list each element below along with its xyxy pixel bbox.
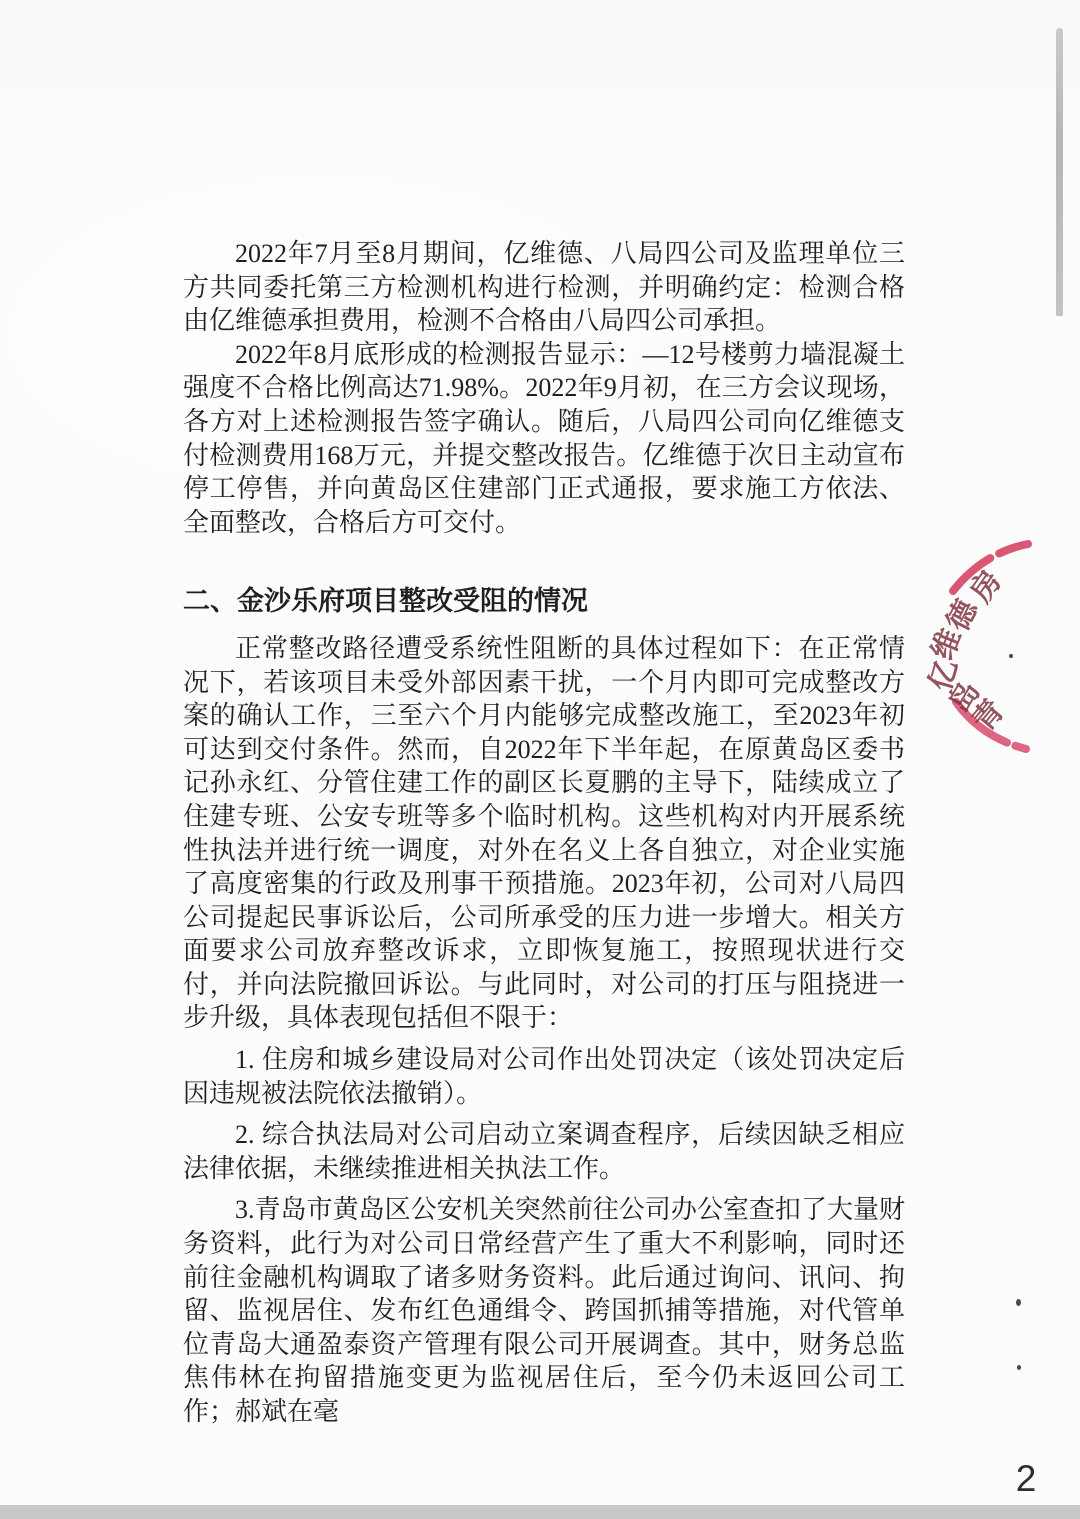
red-company-seal: 房 德 维 亿 岛 青 (900, 520, 1080, 770)
seal-characters: 房 德 维 亿 岛 青 (924, 564, 1011, 738)
paragraph-inspection-report: 2022年8月底形成的检测报告显示：—12号楼剪力墙混凝土强度不合格比例高达71… (183, 338, 905, 540)
ink-speck (1017, 1365, 1021, 1370)
scanned-document-page: 2022年7月至8月期间，亿维德、八局四公司及监理单位三方共同委托第三方检测机构… (0, 0, 1080, 1519)
paragraph-inspection-agreement: 2022年7月至8月期间，亿维德、八局四公司及监理单位三方共同委托第三方检测机构… (183, 237, 905, 338)
list-item-2: 2. 综合执法局对公司启动立案调查程序，后续因缺乏相应法律依据，未继续推进相关执… (183, 1118, 905, 1185)
ink-speck (1016, 1299, 1021, 1306)
ink-speck (1009, 654, 1013, 658)
list-item-3: 3.青岛市黄岛区公安机关突然前往公司办公室查扣了大量财务资料，此行为对公司日常经… (183, 1193, 905, 1428)
page-number: 2 (1006, 1458, 1046, 1500)
scan-page-edge-line (1056, 28, 1063, 316)
section-heading: 二、金沙乐府项目整改受阻的情况 (183, 585, 905, 619)
list-item-1: 1. 住房和城乡建设局对公司作出处罚决定（该处罚决定后因违规被法院依法撤销）。 (183, 1043, 905, 1110)
scan-bottom-bar (0, 1505, 1080, 1519)
paragraph-obstruction-overview: 正常整改路径遭受系统性阻断的具体过程如下：在正常情况下，若该项目未受外部因素干扰… (183, 632, 905, 1035)
document-body: 2022年7月至8月期间，亿维德、八局四公司及监理单位三方共同委托第三方检测机构… (183, 237, 905, 1429)
